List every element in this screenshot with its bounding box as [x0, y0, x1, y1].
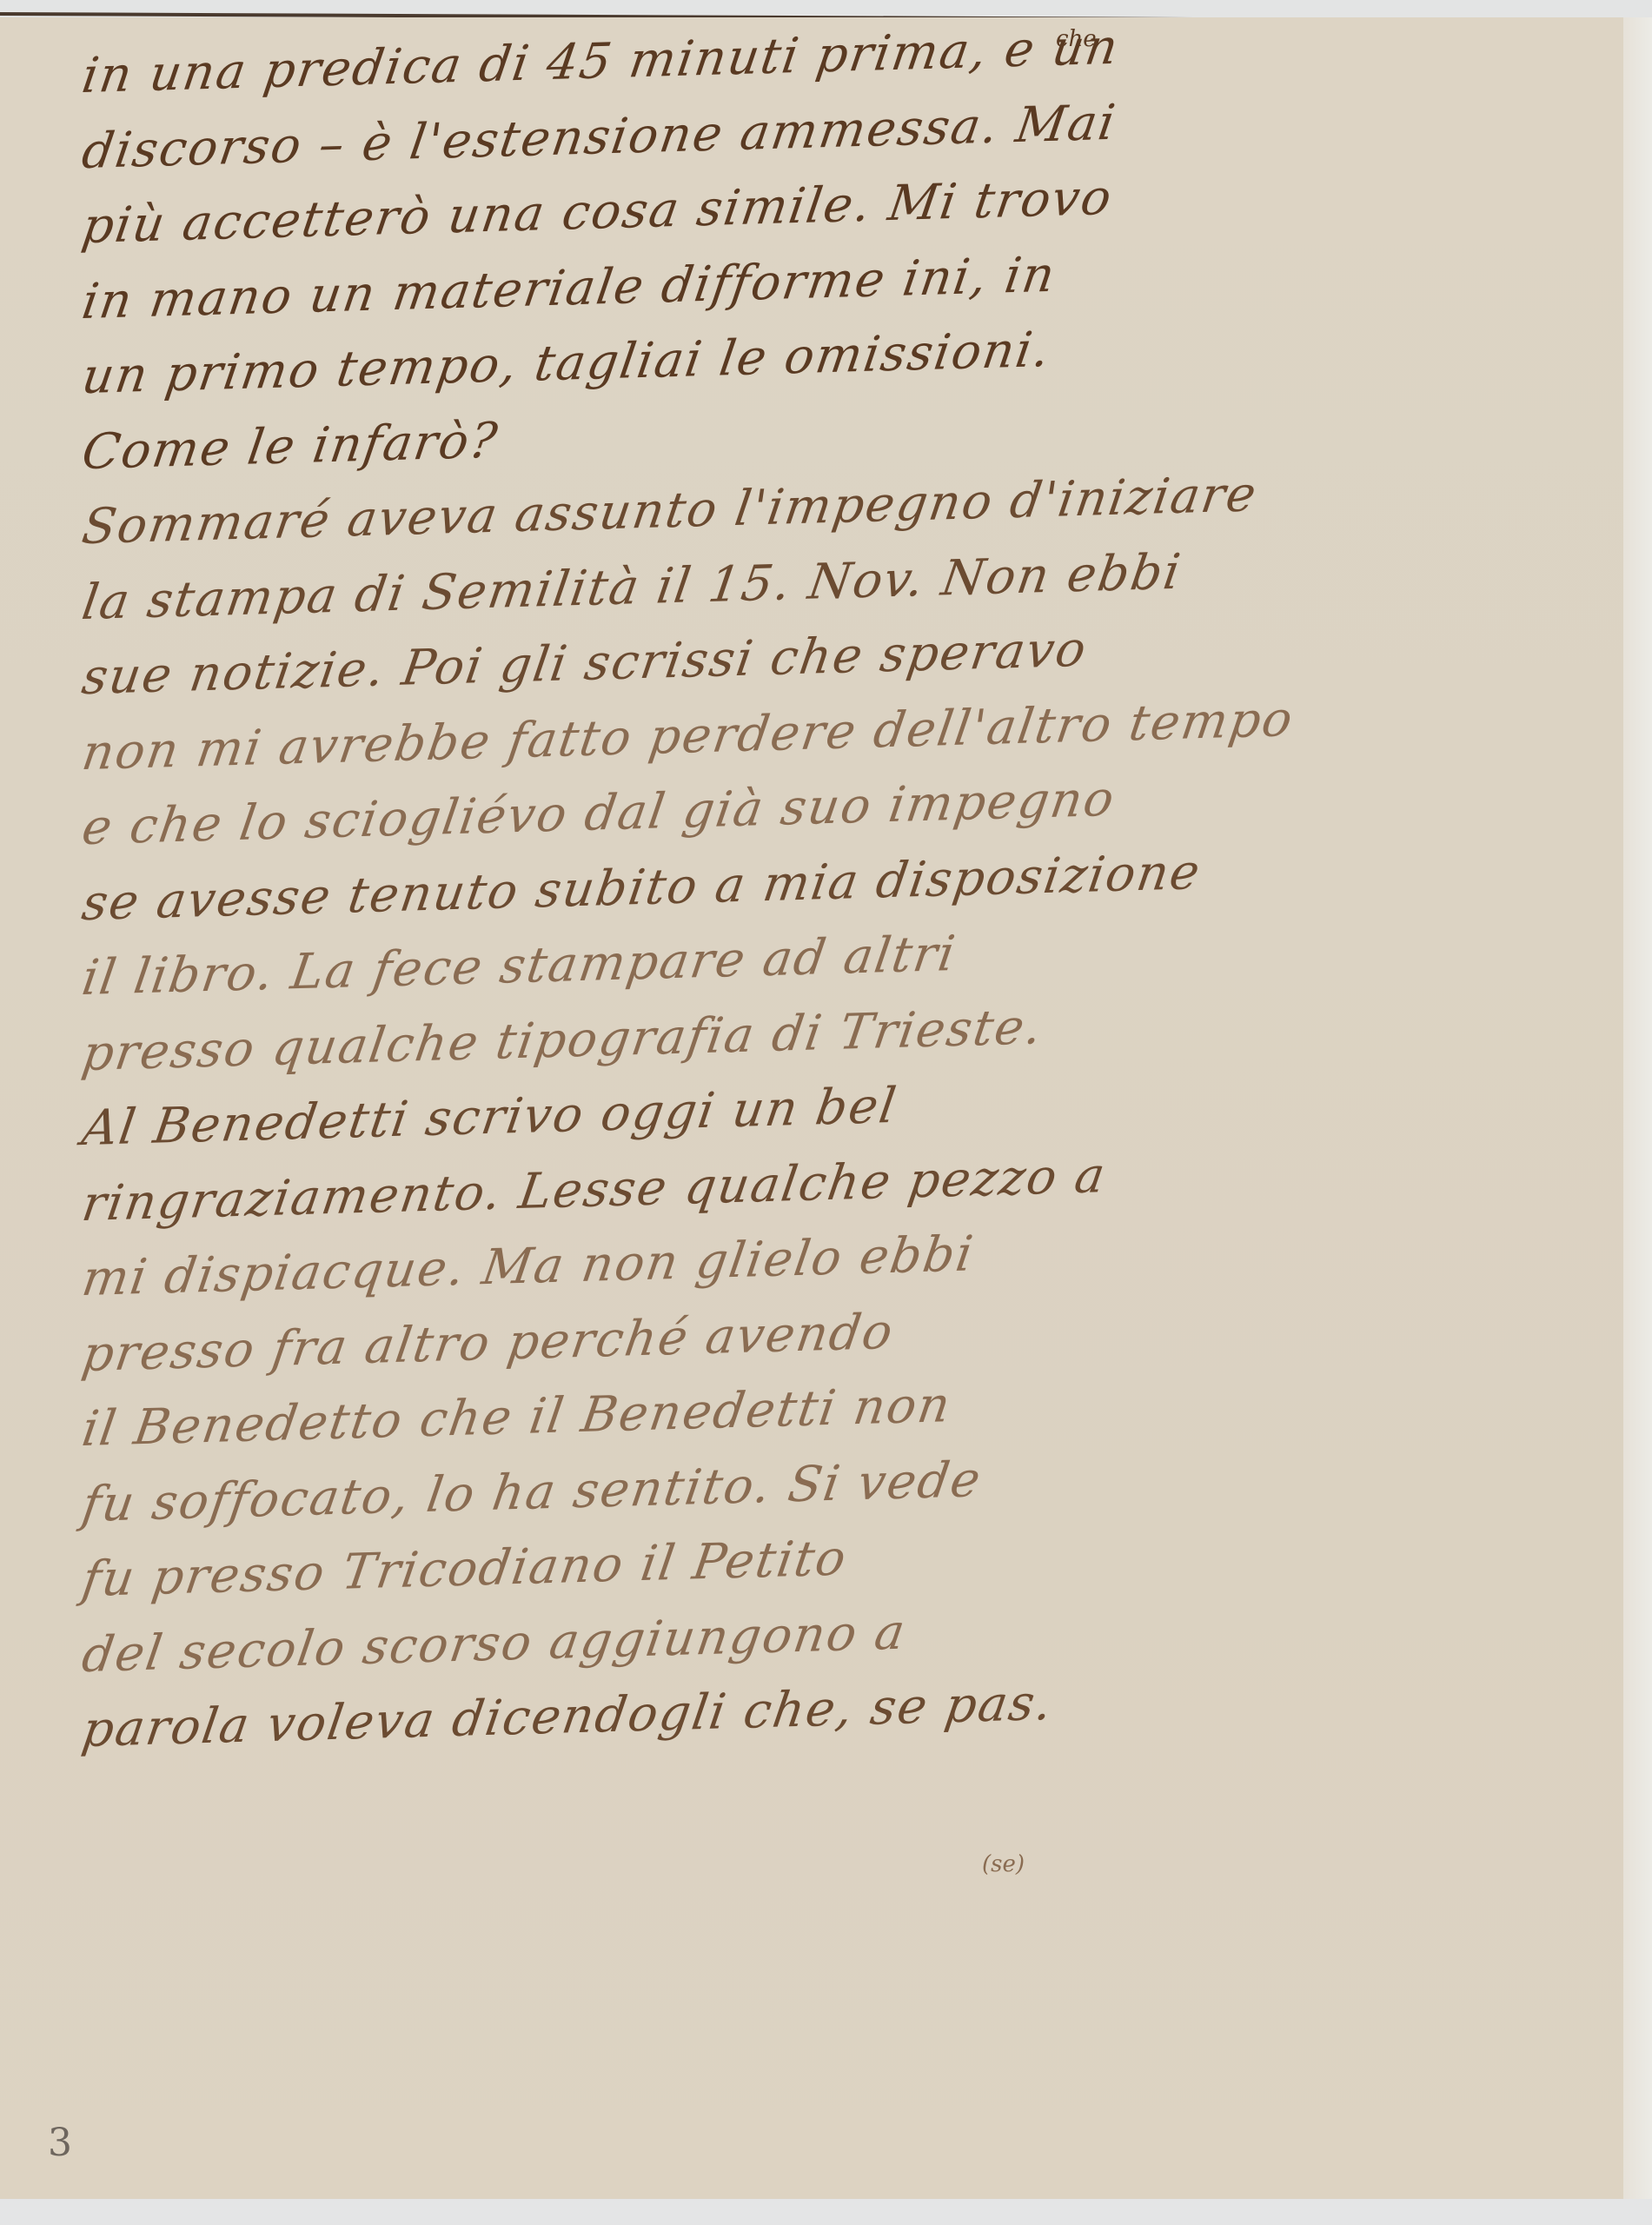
page-edge-right	[1623, 17, 1652, 2199]
interlinear-addition: (se)	[982, 1851, 1025, 1877]
page-edge-bottom	[0, 2199, 1652, 2225]
handwritten-text-body: in una predica di 45 minuti prima, e un …	[83, 39, 1612, 1769]
document-frame: che (se) in una predica di 45 minuti pri…	[0, 0, 1652, 2225]
page-number: 3	[48, 2121, 72, 2165]
